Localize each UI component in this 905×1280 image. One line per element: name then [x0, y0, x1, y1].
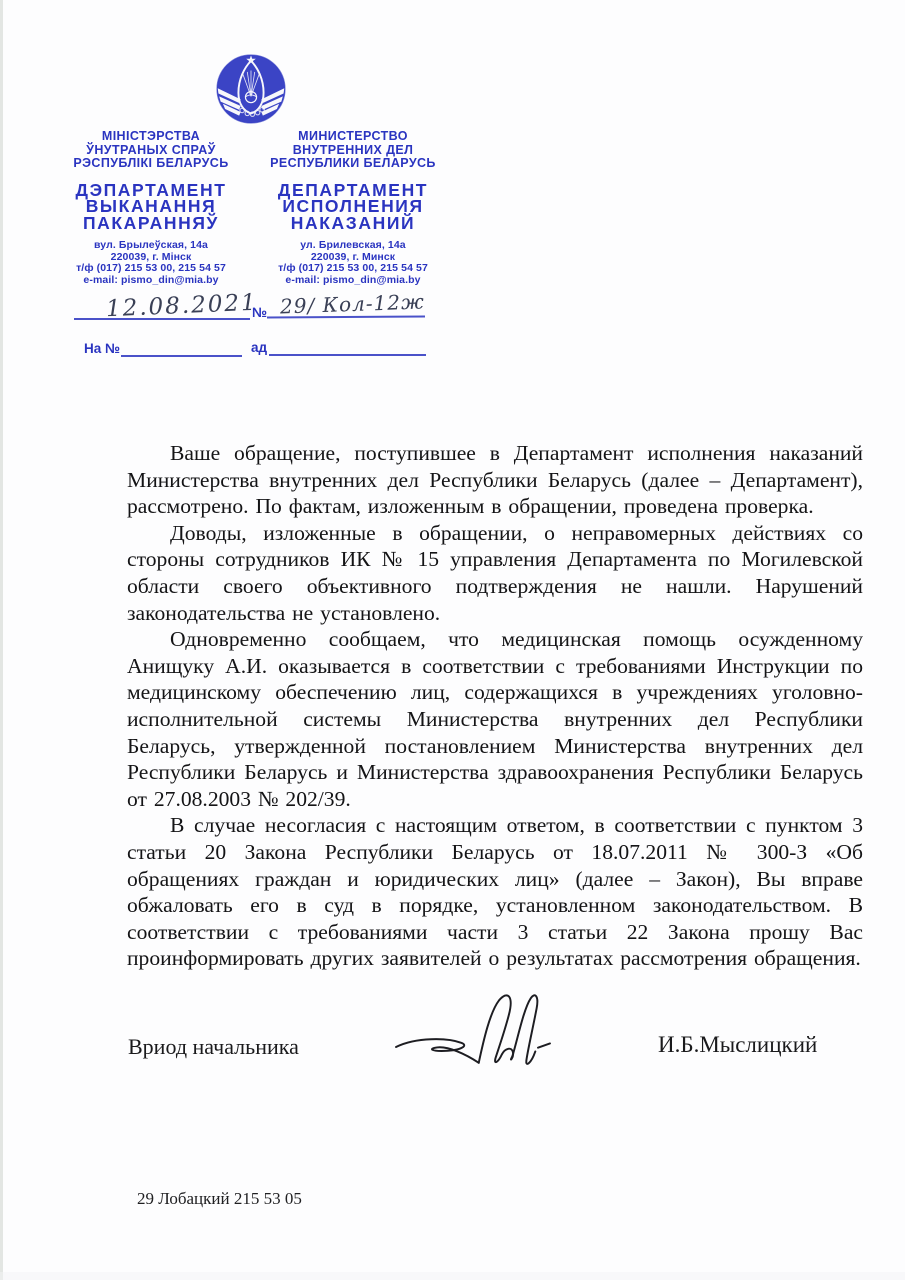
address-line: вул. Брылеўская, 14а [60, 240, 242, 252]
department-line: ПАКАРАННЯЎ [60, 215, 242, 232]
ministry-line: ВНУТРЕННИХ ДЕЛ [262, 144, 444, 158]
incoming-number-underline [121, 355, 242, 357]
department-name-ru: ДЕПАРТАМЕНТ ИСПОЛНЕНИЯ НАКАЗАНИЙ [262, 182, 444, 232]
letter-body: Ваше обращение, поступившее в Департамен… [127, 440, 863, 972]
body-paragraph: Одновременно сообщаем, что медицинская п… [127, 626, 863, 812]
address-block-ru: ул. Брилевская, 14а 220039, г. Минск т/ф… [262, 240, 444, 286]
address-line: e-mail: pismo_din@mia.by [60, 275, 242, 287]
signer-name: И.Б.Мыслицкий [658, 1032, 817, 1058]
ministry-line: РЭСПУБЛІКІ БЕЛАРУСЬ [60, 157, 242, 171]
number-sign-label: № [252, 305, 267, 320]
ministry-line: МІНІСТЭРСТВА [60, 130, 242, 144]
signer-position: Вриод начальника [128, 1034, 299, 1060]
address-line: ул. Брилевская, 14а [262, 240, 444, 252]
address-line: т/ф (017) 215 53 00, 215 54 57 [60, 263, 242, 275]
department-line: НАКАЗАНИЙ [262, 215, 444, 232]
scanned-letter-page: МІНІСТЭРСТВА ЎНУТРАНЫХ СПРАЎ РЭСПУБЛІКІ … [0, 0, 905, 1280]
handwritten-outgoing-number: 29/ Кол-12ж [280, 289, 425, 318]
incoming-number-label: На № [84, 341, 120, 356]
ministry-name-by: МІНІСТЭРСТВА ЎНУТРАНЫХ СПРАЎ РЭСПУБЛІКІ … [60, 130, 242, 171]
address-line: т/ф (017) 215 53 00, 215 54 57 [262, 263, 444, 275]
incoming-date-underline [269, 354, 426, 356]
body-paragraph: В случае несогласия с настоящим ответом,… [127, 812, 863, 972]
letterhead-belarusian-column: МІНІСТЭРСТВА ЎНУТРАНЫХ СПРАЎ РЭСПУБЛІКІ … [60, 130, 242, 286]
address-block-by: вул. Брылеўская, 14а 220039, г. Мінск т/… [60, 240, 242, 286]
belarus-coat-of-arms-emblem [214, 51, 288, 127]
number-underline [267, 315, 425, 318]
handwritten-signature [387, 989, 562, 1079]
executor-note: 29 Лобацкий 215 53 05 [137, 1189, 302, 1209]
ministry-line: РЕСПУБЛИКИ БЕЛАРУСЬ [262, 157, 444, 171]
address-line: e-mail: pismo_din@mia.by [262, 275, 444, 287]
body-paragraph: Доводы, изложенные в обращении, о неправ… [127, 520, 863, 626]
ministry-name-ru: МИНИСТЕРСТВО ВНУТРЕННИХ ДЕЛ РЕСПУБЛИКИ Б… [262, 130, 444, 171]
department-name-by: ДЭПАРТАМЕНТ ВЫКАНАННЯ ПАКАРАННЯЎ [60, 182, 242, 232]
letterhead-russian-column: МИНИСТЕРСТВО ВНУТРЕННИХ ДЕЛ РЕСПУБЛИКИ Б… [262, 130, 444, 286]
ministry-line: ЎНУТРАНЫХ СПРАЎ [60, 144, 242, 158]
date-underline [74, 318, 250, 320]
body-paragraph: Ваше обращение, поступившее в Департамен… [127, 440, 863, 520]
ministry-line: МИНИСТЕРСТВО [262, 130, 444, 144]
incoming-date-label: ад [251, 340, 267, 355]
